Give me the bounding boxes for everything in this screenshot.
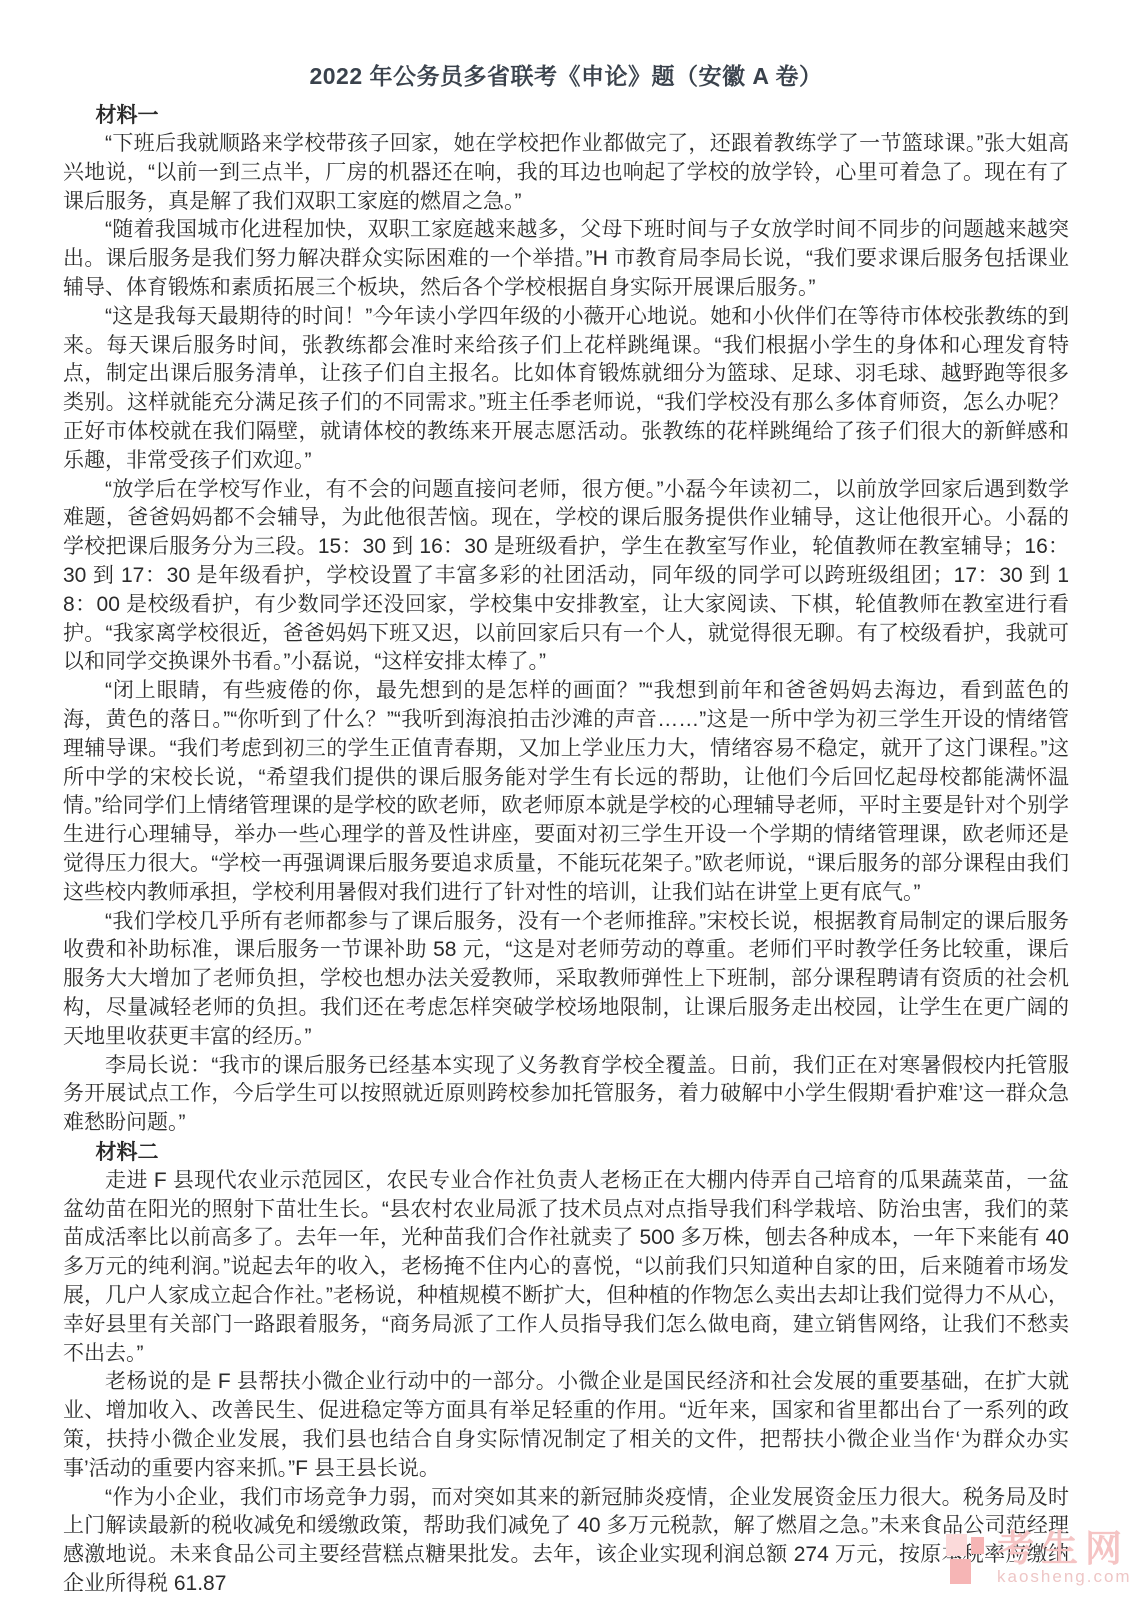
paragraph: “随着我国城市化进程加快，双职工家庭越来越多，父母下班时间与子女放学时间不同步的… xyxy=(63,216,1069,302)
watermark-site: kaosheng.com xyxy=(997,1568,1131,1585)
paragraph: “放学后在学校写作业，有不会的问题直接问老师，很方便。”小磊今年读初二，以前放学… xyxy=(63,476,1069,678)
logo-block xyxy=(971,1537,984,1554)
logo-block xyxy=(946,1534,967,1556)
watermark: 考生网 kaosheng.com xyxy=(944,1530,1131,1585)
paragraph: 李局长说：“我市的课后服务已经基本实现了义务教育学校全覆盖。日前，我们正在对寒暑… xyxy=(63,1052,1069,1138)
watermark-brand: 考生网 xyxy=(997,1530,1131,1567)
paragraph: “作为小企业，我们市场竞争力弱，而对突如其来的新冠肺炎疫情，企业发展资金压力很大… xyxy=(63,1484,1069,1599)
document-page: 2022 年公务员多省联考《申论》题（安徽 A 卷） 材料一 “下班后我就顺路来… xyxy=(0,0,1131,1600)
page-title: 2022 年公务员多省联考《申论》题（安徽 A 卷） xyxy=(63,60,1069,92)
paragraph: “闭上眼睛，有些疲倦的你，最先想到的是怎样的画面？”“我想到前年和爸爸妈妈去海边… xyxy=(63,677,1069,907)
paragraph: 老杨说的是 F 县帮扶小微企业行动中的一部分。小微企业是国民经济和社会发展的重要… xyxy=(63,1368,1069,1483)
paragraph: 走进 F 县现代农业示范园区，农民专业合作社负责人老杨正在大棚内侍弄自己培育的瓜… xyxy=(63,1167,1069,1369)
paragraph: “这是我每天最期待的时间！”今年读小学四年级的小薇开心地说。她和小伙伴们在等待市… xyxy=(63,303,1069,476)
logo-block xyxy=(950,1559,971,1584)
document-content: 2022 年公务员多省联考《申论》题（安徽 A 卷） 材料一 “下班后我就顺路来… xyxy=(0,0,1131,1599)
kaosheng-logo-icon xyxy=(944,1530,988,1584)
paragraph: “我们学校几乎所有老师都参与了课后服务，没有一个老师推辞。”宋校长说，根据教育局… xyxy=(63,908,1069,1052)
paragraph: “下班后我就顺路来学校带孩子回家，她在学校把作业都做完了，还跟着教练学了一节篮球… xyxy=(63,130,1069,216)
section-heading-material-1: 材料一 xyxy=(63,101,1069,130)
watermark-text: 考生网 kaosheng.com xyxy=(997,1530,1131,1585)
section-heading-material-2: 材料二 xyxy=(63,1138,1069,1167)
